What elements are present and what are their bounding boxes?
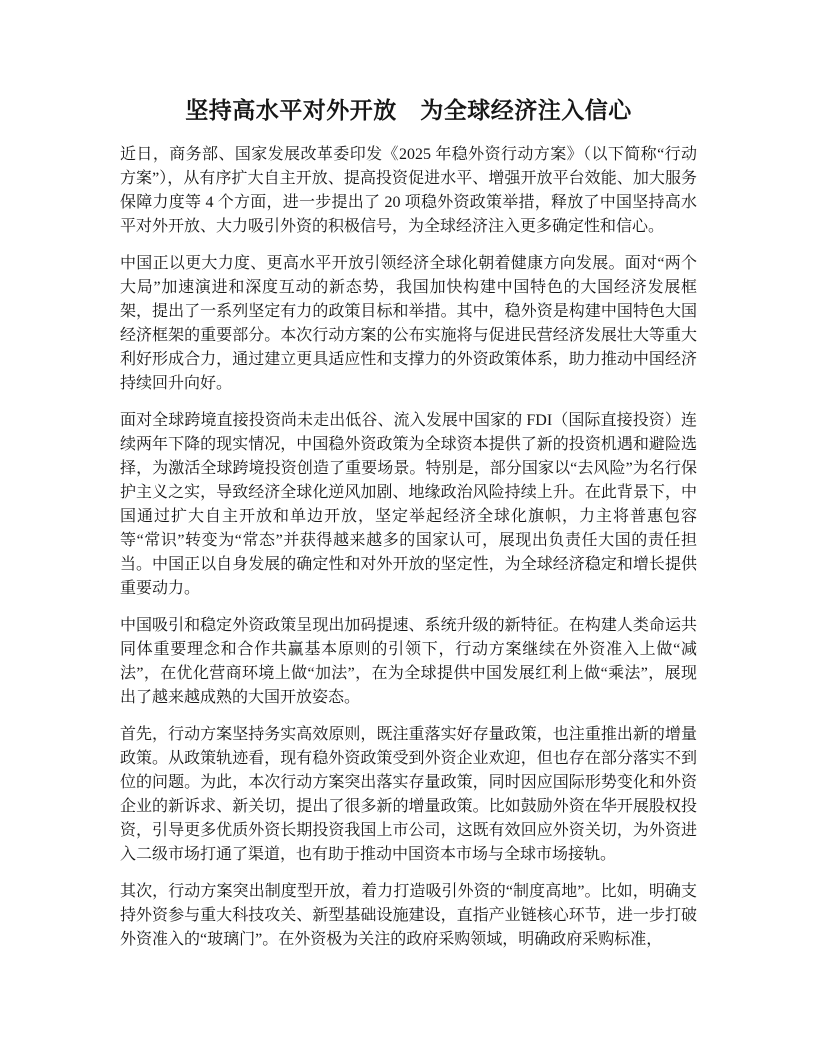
document-page: 坚持高水平对外开放 为全球经济注入信心 近日，商务部、国家发展改革委印发《202…	[0, 0, 816, 1056]
paragraph-second-point: 其次，行动方案突出制度型开放，着力打造吸引外资的“制度高地”。比如，明确支持外资…	[120, 880, 697, 952]
paragraph-first-point: 首先，行动方案坚持务实高效原则，既注重落实好存量政策，也注重推出新的增量政策。从…	[120, 723, 697, 867]
paragraph-intro: 近日，商务部、国家发展改革委印发《2025 年稳外资行动方案》（以下简称“行动方…	[120, 143, 697, 239]
paragraph-policy-features: 中国吸引和稳定外资政策呈现出加码提速、系统升级的新特征。在构建人类命运共同体重要…	[120, 614, 697, 710]
document-title: 坚持高水平对外开放 为全球经济注入信心	[120, 94, 697, 128]
paragraph-opening-direction: 中国正以更大力度、更高水平开放引领经济全球化朝着健康方向发展。面对“两个大局”加…	[120, 252, 697, 396]
paragraph-global-fdi: 面对全球跨境直接投资尚未走出低谷、流入发展中国家的 FDI（国际直接投资）连续两…	[120, 409, 697, 601]
